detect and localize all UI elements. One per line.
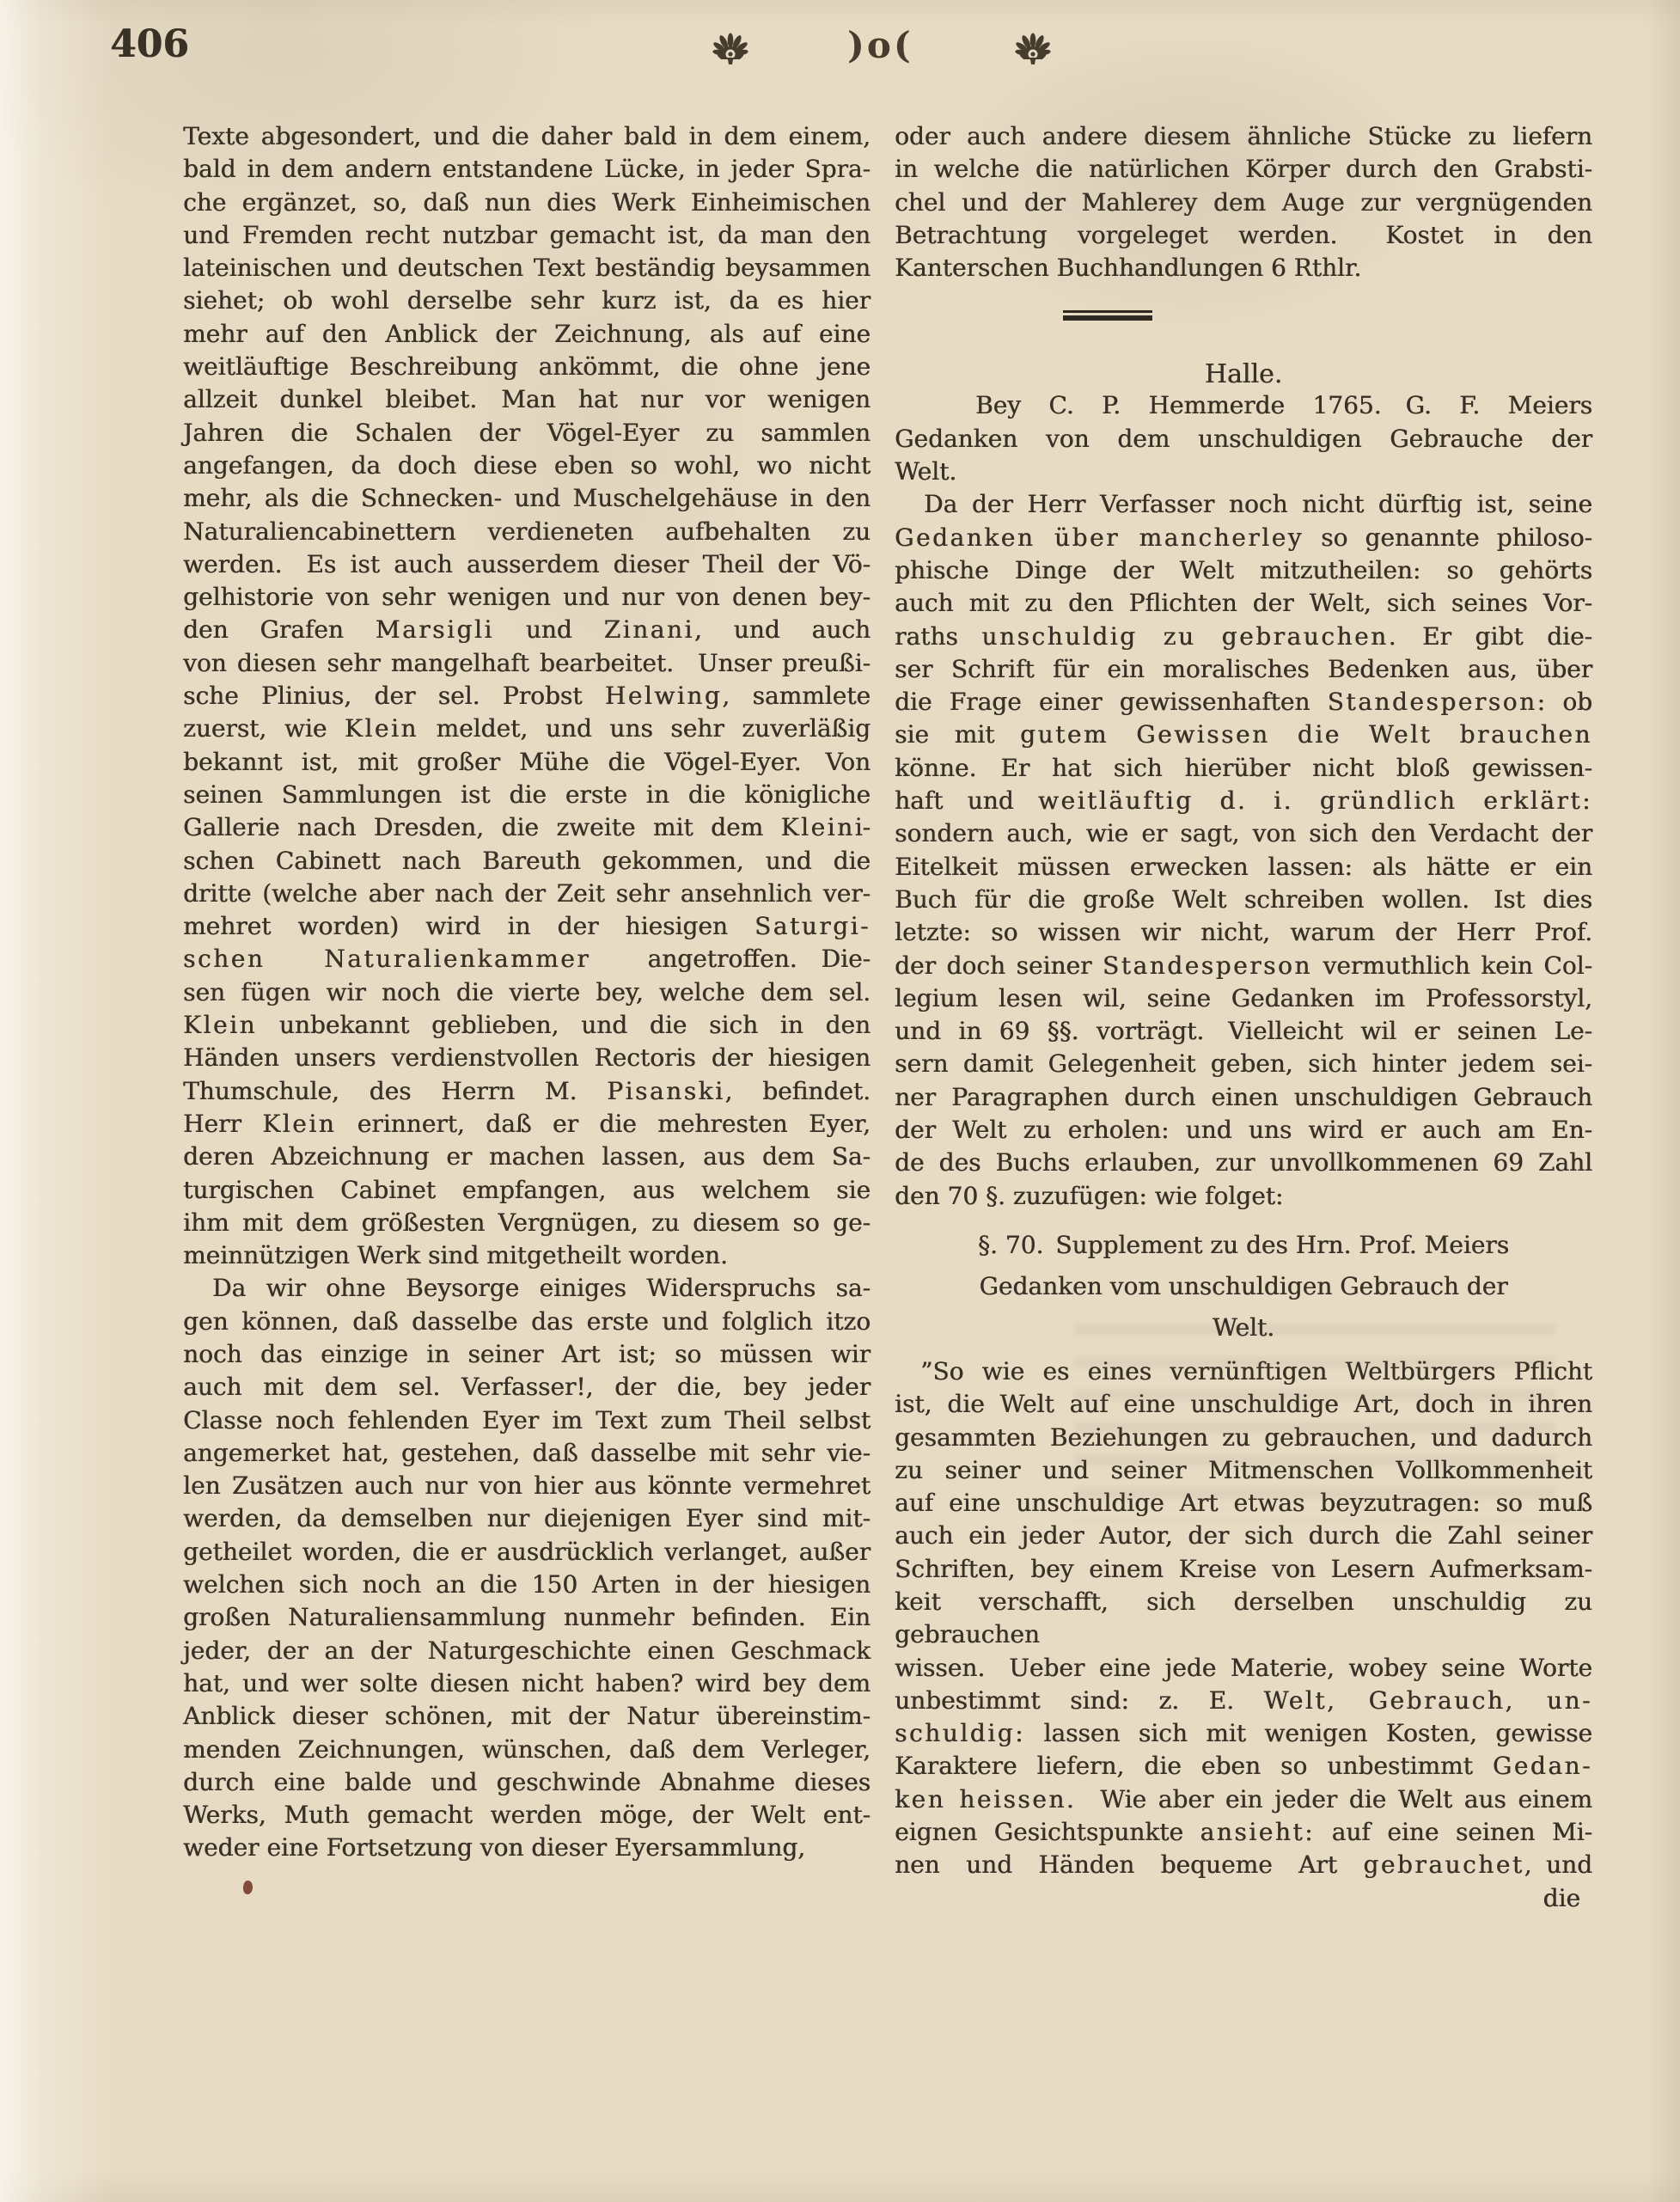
text-line: auch mit dem sel. Verfasser!, der die, b… [183,1371,871,1404]
text-line: ken heissen. Wie aber ein jeder die Welt… [895,1783,1592,1816]
text-line: auch ein jeder Autor, der sich durch die… [895,1520,1592,1552]
text-line: die Frage einer gewissenhaften Standespe… [895,686,1592,719]
text-line: letzte: so wissen wir nicht, warum der H… [895,916,1592,949]
text-line: Klein unbekannt geblieben, und die sich … [183,1009,871,1042]
text-line: raths unschuldig zu gebrauchen. Er gibt … [895,621,1592,653]
letterspaced-text: Marsigli [376,615,494,644]
text-line: sie mit gutem Gewissen die Welt brauchen [895,719,1592,751]
text-line: Kanterschen Buchhandlungen 6 Rthlr. [895,252,1592,284]
text-line: schuldig: lassen sich mit wenigen Kosten… [895,1717,1592,1750]
text-line: Gedanken von dem unschuldigen Gebrauche … [895,423,1592,456]
text-line: Jahren die Schalen der Vögel-Eyer zu sam… [183,417,871,450]
text-line: gelhistorie von sehr wenigen und nur von… [183,581,871,614]
text-line: dritte (welche aber nach der Zeit sehr a… [183,878,871,910]
scanned-book-page: 406 )o( [0,0,1680,2202]
letterspaced-text: gebrauchet, [1363,1850,1534,1879]
right-text-column: oder auch andere diesem ähnliche Stücke … [895,120,1592,1915]
text-line: werden, da demselben nur diejenigen Eyer… [183,1502,871,1535]
page-number: 406 [110,22,189,66]
text-line: und in 69 §§. vorträgt. Vielleicht wil e… [895,1015,1592,1048]
text-line: weder eine Fortsetzung von dieser Eyersa… [183,1832,871,1864]
text-line: wissen. Ueber eine jede Materie, wobey s… [895,1652,1592,1685]
text-line: ser Schrift für ein moralisches Bedenken… [895,653,1592,686]
text-line: noch das einzige in seiner Art ist; so m… [183,1338,871,1371]
text-line: Anblick dieser schönen, mit der Natur üb… [183,1700,871,1733]
letterspaced-text: gutem Gewissen die Welt brauchen [1020,720,1592,749]
text-line: chel und der Mahlerey dem Auge zur vergn… [895,187,1592,219]
text-line: turgischen Cabinet empfangen, aus welche… [183,1174,871,1207]
text-line: hat, und wer solte diesen nicht haben? w… [183,1667,871,1700]
text-line: der Welt zu erholen: und uns wird er auc… [895,1114,1592,1147]
text-line: getheilet worden, die er ausdrücklich ve… [183,1536,871,1569]
text-line: nen und Händen bequeme Art gebrauchet, u… [895,1849,1592,1881]
text-line: schen Cabinett nach Bareuth gekommen, un… [183,845,871,878]
text-line: mehr, als die Schnecken- und Muschelgehä… [183,482,871,515]
text-line: den Grafen Marsigli und Zinani, und auch [183,614,871,646]
paragraph: Texte abgesondert, und die daher bald in… [183,120,871,1272]
text-line: sche Plinius, der sel. Probst Helwing, s… [183,680,871,713]
letterspaced-text: Klein [781,813,855,841]
letterspaced-text: Standesperson [1103,951,1312,980]
text-line: Da wir ohne Beysorge einiges Widerspruch… [183,1272,871,1305]
text-line: Gallerie nach Dresden, die zweite mit de… [183,811,871,844]
text-line: welchen sich noch an die 150 Arten in de… [183,1569,871,1601]
text-line: haft und weitläuftig d. i. gründlich erk… [895,785,1592,817]
text-line: weitläuftige Beschreibung ankömmt, die o… [183,351,871,383]
text-line: Eitelkeit müssen erwecken lassen: als hä… [895,851,1592,884]
letterspaced-text: weitläuftig d. i. gründlich erklärt: [1038,786,1592,815]
text-line: angemerket hat, gestehen, daß dasselbe m… [183,1437,871,1470]
text-line: großen Naturaliensammlung nunmehr befind… [183,1601,871,1634]
text-line: oder auch andere diesem ähnliche Stücke … [895,120,1592,153]
text-line: Naturaliencabinettern verdieneten aufbeh… [183,516,871,548]
letterspaced-text: Helwing [605,682,722,710]
text-line: bald in dem andern entstandene Lücke, in… [183,153,871,186]
letterspaced-text: Standesperson [1328,688,1537,716]
text-line: eignen Gesichtspunkte ansieht: auf eine … [895,1816,1592,1849]
letterspaced-text: Pisanski [607,1077,724,1105]
text-line: Händen unsers verdienstvollen Rectoris d… [183,1042,871,1074]
paragraph: Da der Herr Verfasser noch nicht dürftig… [895,488,1592,1213]
text-line: Thumschule, des Herrn M. Pisanski, befin… [183,1075,871,1108]
letterspaced-text: Klein [345,714,418,743]
fleuron-icon [1012,31,1054,67]
text-line: jeder, der an der Naturgeschichte einen … [183,1635,871,1667]
text-line: könne. Er hat sich hierüber nicht bloß g… [895,752,1592,785]
text-line: von diesen sehr mangelhaft bearbeitet. U… [183,647,871,680]
text-line: und Fremden recht nutzbar gemacht ist, d… [183,219,871,252]
letterspaced-text: schen Naturalienkammer [183,945,590,973]
fleuron-icon [710,31,751,67]
text-line: Gedanken über mancherley so genannte phi… [895,522,1592,554]
text-line: deren Abzeichnung er machen lassen, aus … [183,1141,871,1173]
heading-line: Gedanken vom unschuldigen Gebrauch der [895,1266,1592,1307]
header-center-mark: )o( [847,24,913,66]
red-ink-mark [242,1880,254,1894]
text-line: sen fügen wir noch die vierte bey, welch… [183,976,871,1009]
text-line: phische Dinge der Welt mitzutheilen: so … [895,554,1592,587]
letterspaced-text: Saturgi- [754,912,871,940]
paragraph: Da wir ohne Beysorge einiges Widerspruch… [183,1272,871,1864]
paragraph: oder auch andere diesem ähnliche Stücke … [895,120,1592,284]
text-line: sondern auch, wie er sagt, von sich den … [895,817,1592,850]
section-heading: Halle. [895,360,1592,389]
text-line: zuerst, wie Klein meldet, und uns sehr z… [183,713,871,745]
letterspaced-text: Klein [262,1110,336,1138]
text-line: angefangen, da doch diese eben so wohl, … [183,450,871,482]
text-line: unbestimmt sind: z. E. Welt, Gebrauch, u… [895,1685,1592,1717]
catchword: die [895,1882,1592,1915]
letterspaced-text: Gedanken über mancherley [895,523,1304,552]
text-line: siehet; ob wohl derselbe sehr kurz ist, … [183,284,871,317]
paragraph: Bey C. P. Hemmerde 1765. G. F. MeiersGed… [895,389,1592,488]
text-line: durch eine balde und geschwinde Abnahme … [183,1766,871,1799]
letterspaced-text: schuldig: [895,1719,1025,1747]
text-line: sern damit Gelegenheit geben, sich hinte… [895,1048,1592,1080]
text-line: Karaktere liefern, die eben so unbestimm… [895,1750,1592,1783]
text-line: de des Buchs erlauben, zur unvollkommene… [895,1147,1592,1179]
text-line: meinnützigen Werk sind mitgetheilt worde… [183,1239,871,1272]
text-line: gen können, daß dasselbe das erste und f… [183,1306,871,1338]
text-line: len Zusätzen auch nur von hier aus könnt… [183,1470,871,1502]
fleuron-ornament-left [710,31,751,70]
text-line: Bey C. P. Hemmerde 1765. G. F. Meiers [895,389,1592,422]
letterspaced-text: unschuldig zu gebrauchen. [981,622,1398,651]
fleuron-ornament-right [1012,31,1054,70]
text-line: ihm mit dem größesten Vergnügen, zu dies… [183,1207,871,1239]
text-line: allzeit dunkel bleibet. Man hat nur vor … [183,383,871,416]
text-line: werden. Es ist auch ausserdem dieser The… [183,548,871,581]
text-line: ner Paragraphen durch einen unschuldigen… [895,1081,1592,1114]
text-line: auch mit zu den Pflichten der Welt, sich… [895,587,1592,620]
letterspaced-text: Klein [183,1011,257,1039]
text-line: in welche die natürlichen Körper durch d… [895,153,1592,186]
text-line: che ergänzet, so, daß nun dies Werk Einh… [183,187,871,219]
letterspaced-text: ansieht: [1200,1818,1316,1846]
text-line: Buch für die große Welt schreiben wollen… [895,884,1592,916]
letterspaced-text: ken heissen. [895,1785,1076,1814]
heading-line: §. 70. Supplement zu des Hrn. Prof. Meie… [895,1225,1592,1266]
text-line: legium lesen wil, seine Gedanken im Prof… [895,982,1592,1015]
text-line: Herr Klein erinnert, daß er die mehreste… [183,1108,871,1141]
text-line: Werks, Muth gemacht werden möge, der Wel… [183,1799,871,1832]
text-line: mehr auf den Anblick der Zeichnung, als … [183,318,871,351]
text-line: menden Zeichnungen, wünschen, daß dem Ve… [183,1734,871,1766]
text-line: Schriften, bey einem Kreise von Lesern A… [895,1553,1592,1586]
text-line: mehret worden) wird in der hiesigen Satu… [183,910,871,943]
text-line: lateinischen und deutschen Text beständi… [183,252,871,284]
letterspaced-text: Welt, Gebrauch, un- [1264,1686,1592,1715]
text-line: seinen Sammlungen ist die erste in die k… [183,779,871,811]
text-line: Texte abgesondert, und die daher bald in… [183,120,871,153]
text-line: Da der Herr Verfasser noch nicht dürftig… [895,488,1592,521]
text-line: Classe noch fehlenden Eyer im Text zum T… [183,1404,871,1437]
text-line: Betrachtung vorgeleget werden. Kostet in… [895,219,1592,252]
left-text-column: Texte abgesondert, und die daher bald in… [183,120,871,1865]
text-line: den 70 §. zuzufügen: wie folget: [895,1180,1592,1213]
show-through-stain [1074,1324,1555,1521]
text-line: bekannt ist, mit großer Mühe die Vögel-E… [183,746,871,779]
text-line: der doch seiner Standesperson vermuthlic… [895,950,1592,982]
text-line: schen Naturalienkammer angetroffen. Die- [183,943,871,976]
text-line: keit verschafft, sich derselben unschuld… [895,1586,1592,1652]
letterspaced-text: Zinani [604,615,694,644]
text-line: Welt. [895,456,1592,488]
letterspaced-text: Gedan- [1493,1752,1592,1780]
heading-line: Halle. [895,360,1592,389]
section-divider [1063,310,1152,321]
